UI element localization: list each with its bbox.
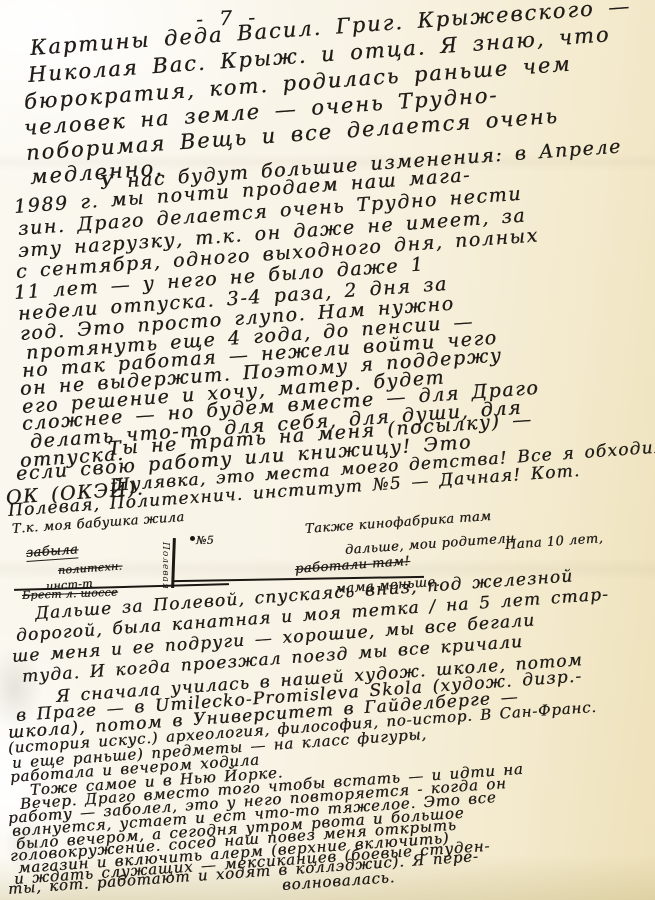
handwriting-line: работали там! [294, 554, 410, 577]
handwriting-line: дальше, мои родители [344, 531, 515, 558]
handwriting-line: Папа 10 лет, [504, 531, 603, 553]
handwriting-line: Также кинофабрика там [304, 509, 491, 537]
scanned-letter-page: - 7 - Картины деда Васил. Григ. Крыжевск… [0, 0, 655, 900]
margin-note-crossed: забыла [25, 542, 78, 562]
sketch-house-dot [190, 536, 195, 541]
margin-note-crossed: политехн. [58, 560, 123, 577]
sketch-street-label: Полевая [160, 542, 170, 590]
sketch-house-number: №5 [196, 534, 214, 547]
